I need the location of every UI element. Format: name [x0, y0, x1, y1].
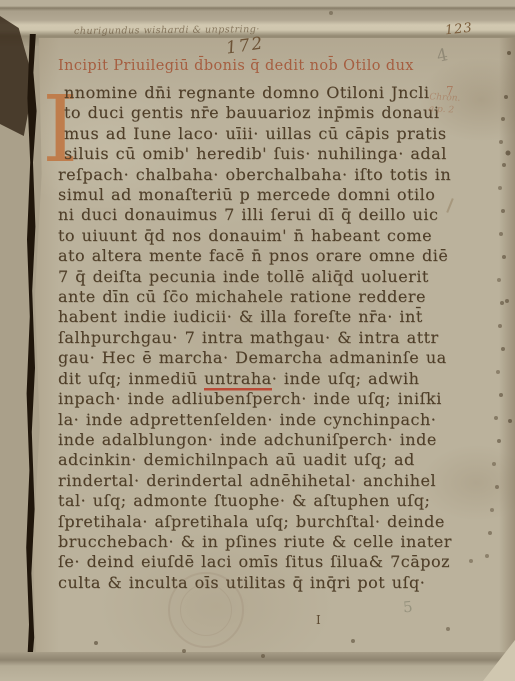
manuscript-line: 7 q̄ deiſta pecunia inde tollē aliq̄d uo… [58, 267, 464, 287]
manuscript-line: gau· Hec ē marcha· Demarcha admaninſe ua [58, 348, 464, 368]
faint-chron-margin-note: Chron. a p. 2 [428, 91, 460, 117]
manuscript-line: to duci gentis nr̄e bauuarioz inp̄mis do… [58, 103, 464, 123]
chron-note-line1: Chron. [429, 92, 461, 104]
pencil-number-5: 5 [402, 598, 413, 617]
leaf-right-edge-shadow [499, 38, 515, 658]
manuscript-line: to uiuunt q̄d nos donauim' n̄ habeant co… [58, 226, 464, 246]
manuscript-photo: churigundus wishardi & unpstring· 172 12… [0, 0, 515, 681]
manuscript-line: culta & inculta oīs utilitas q̄ inq̄ri p… [58, 573, 464, 593]
manuscript-line: ato altera mente facē n̄ pnos orare omne… [58, 246, 464, 266]
ink-specks [0, 0, 2, 2]
folio-number-123: 123 [444, 21, 473, 39]
manuscript-line: inde adalblungon· inde adchuniſperch· in… [58, 430, 464, 450]
manuscript-line: adcinkin· demichilnpach aū uadit uſq; ad [58, 450, 464, 470]
manuscript-line: mus ad Iune laco· uīii· uillas cū cāp… [58, 124, 464, 144]
manuscript-line: ni duci donauimus 7 illi ſerui dī q̄ dei… [58, 205, 464, 225]
rubric-incipit-line: Incipit Priuilegiū d̄bonis q̄ dedit nob̄… [58, 58, 466, 74]
manuscript-line: la· inde adprettenſelden· inde cynchinpa… [58, 410, 464, 430]
manuscript-line: ſpretihala· aſpretihala uſq; burchſtal· … [58, 512, 464, 532]
manuscript-line: habent indie iudicii· & illa foreſte nr̄… [58, 307, 464, 327]
manuscript-line: dit uſq; inmediū untraha· inde uſq; adwi… [58, 369, 464, 389]
manuscript-line: rindertal· derindertal adnēhihetal· anch… [58, 471, 464, 491]
manuscript-line: nnomine dn̄i regnante domno Otiloni Jncl… [58, 83, 464, 103]
manuscript-line: siluis cū omib' heredib' ſuis· nuhiling… [58, 144, 464, 164]
manuscript-line: simul ad monaſteriū p mercede domni otil… [58, 185, 464, 205]
text-block: nnomine dn̄i regnante domno Otiloni Jncl… [58, 83, 464, 593]
manuscript-line: reſpach· chalbaha· oberchalbaha· iſto to… [58, 165, 464, 185]
manuscript-line: brucchebach· & in pſines riute & celle i… [58, 532, 464, 552]
manuscript-line: ſe· deind eiuſdē laci omīs ſitus ſilua& … [58, 552, 464, 572]
faded-stamp-circle [168, 572, 244, 648]
quire-signature-mark: I [316, 613, 321, 627]
manuscript-line: tal· uſq; admonte ſtuophe· & aſtuphen uſ… [58, 491, 464, 511]
manuscript-line: inpach· inde adliubenſperch· inde uſq; i… [58, 389, 464, 409]
manuscript-line: ſalhpurchgau· 7 intra mathgau· & intra a… [58, 328, 464, 348]
manuscript-line: ante dīn cū ſc̄o michahele ratione redd… [58, 287, 464, 307]
leaf-bottom-edge [0, 652, 515, 681]
later-hand-top-annotation: churigundus wishardi & unpstring· [74, 24, 260, 37]
chron-note-line2: a p. 2 [428, 104, 454, 115]
red-underlined-word: untraha [204, 369, 272, 388]
